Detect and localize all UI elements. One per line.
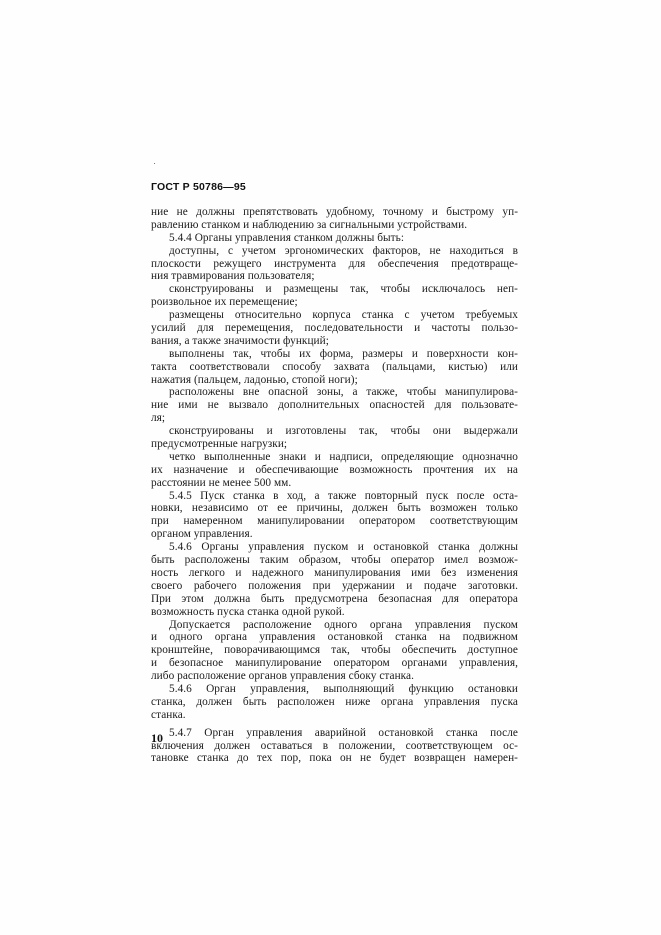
text-line: Допускается расположение одного органа у…	[151, 619, 518, 632]
text-line: их назначение и обеспечивающие возможнос…	[151, 464, 518, 477]
text-line: предусмотренные нагрузки;	[151, 438, 518, 451]
text-line: вания, а также значимости функций;	[151, 335, 518, 348]
text-line: расстоянии не менее 500 мм.	[151, 477, 518, 490]
text-line: плоскости режущего инструмента для обесп…	[151, 258, 518, 271]
text-line: своего рабочего положения при удержании …	[151, 580, 518, 593]
page-number: 10	[151, 731, 163, 746]
text-line: ние не должны препятствовать удобному, т…	[151, 206, 518, 219]
text-line: быть расположены таким образом, чтобы оп…	[151, 554, 518, 567]
text-line: ность легкого и надежного манипулировани…	[151, 567, 518, 580]
text-line: сконструированы и изготовлены так, чтобы…	[151, 425, 518, 438]
page-header: ГОСТ Р 50786—95	[151, 181, 246, 193]
text-line: органом управления.	[151, 528, 518, 541]
text-line: при намеренном манипулировании операторо…	[151, 515, 518, 528]
text-line: новки, независимо от ее причины, должен …	[151, 502, 518, 515]
text-line: сконструированы и размещены так, чтобы и…	[151, 283, 518, 296]
text-line: доступны, с учетом эргономических фактор…	[151, 245, 518, 258]
text-line: 5.4.6 Органы управления пуском и останов…	[151, 541, 518, 554]
text-line: 5.4.4 Органы управления станком должны б…	[151, 232, 518, 245]
text-line: выполнены так, чтобы их форма, размеры и…	[151, 348, 518, 361]
text-line: расположены вне опасной зоны, а также, ч…	[151, 386, 518, 399]
text-line: тановке станка до тех пор, пока он не бу…	[151, 752, 518, 765]
text-line: роизвольное их перемещение;	[151, 296, 518, 309]
text-line: ля;	[151, 412, 518, 425]
text-line: размещены относительно корпуса станка с …	[151, 309, 518, 322]
text-line: усилий для перемещения, последовательнос…	[151, 322, 518, 335]
text-line: и одного органа управления остановкой ст…	[151, 631, 518, 644]
text-line: станка.	[151, 709, 518, 722]
text-line: включения должен оставаться в положении,…	[151, 740, 518, 753]
text-line: 5.4.7 Орган управления аварийной останов…	[151, 727, 518, 740]
text-line: такта соответствовали способу захвата (п…	[151, 361, 518, 374]
text-line: станка, должен быть расположен ниже орга…	[151, 696, 518, 709]
text-line: ние ими не вызвало дополнительных опасно…	[151, 399, 518, 412]
text-line: При этом должна быть предусмотрена безоп…	[151, 593, 518, 606]
text-line: и безопасное манипулирование оператором …	[151, 657, 518, 670]
text-line: ния травмирования пользователя;	[151, 270, 518, 283]
body-text: ние не должны препятствовать удобному, т…	[151, 206, 518, 765]
text-line: 5.4.5 Пуск станка в ход, а также повторн…	[151, 490, 518, 503]
scan-speck	[154, 163, 155, 164]
text-line: нажатия (пальцем, ладонью, стопой ноги);	[151, 374, 518, 387]
text-line: возможность пуска станка одной рукой.	[151, 606, 518, 619]
text-line: равлению станком и наблюдению за сигналь…	[151, 219, 518, 232]
text-line: кронштейне, поворачивающимся так, чтобы …	[151, 644, 518, 657]
document-page: ГОСТ Р 50786—95 ние не должны препятство…	[0, 0, 661, 935]
text-line: четко выполненные знаки и надписи, опред…	[151, 451, 518, 464]
text-line: либо расположение органов управления сбо…	[151, 670, 518, 683]
text-line: 5.4.6 Орган управления, выполняющий функ…	[151, 683, 518, 696]
